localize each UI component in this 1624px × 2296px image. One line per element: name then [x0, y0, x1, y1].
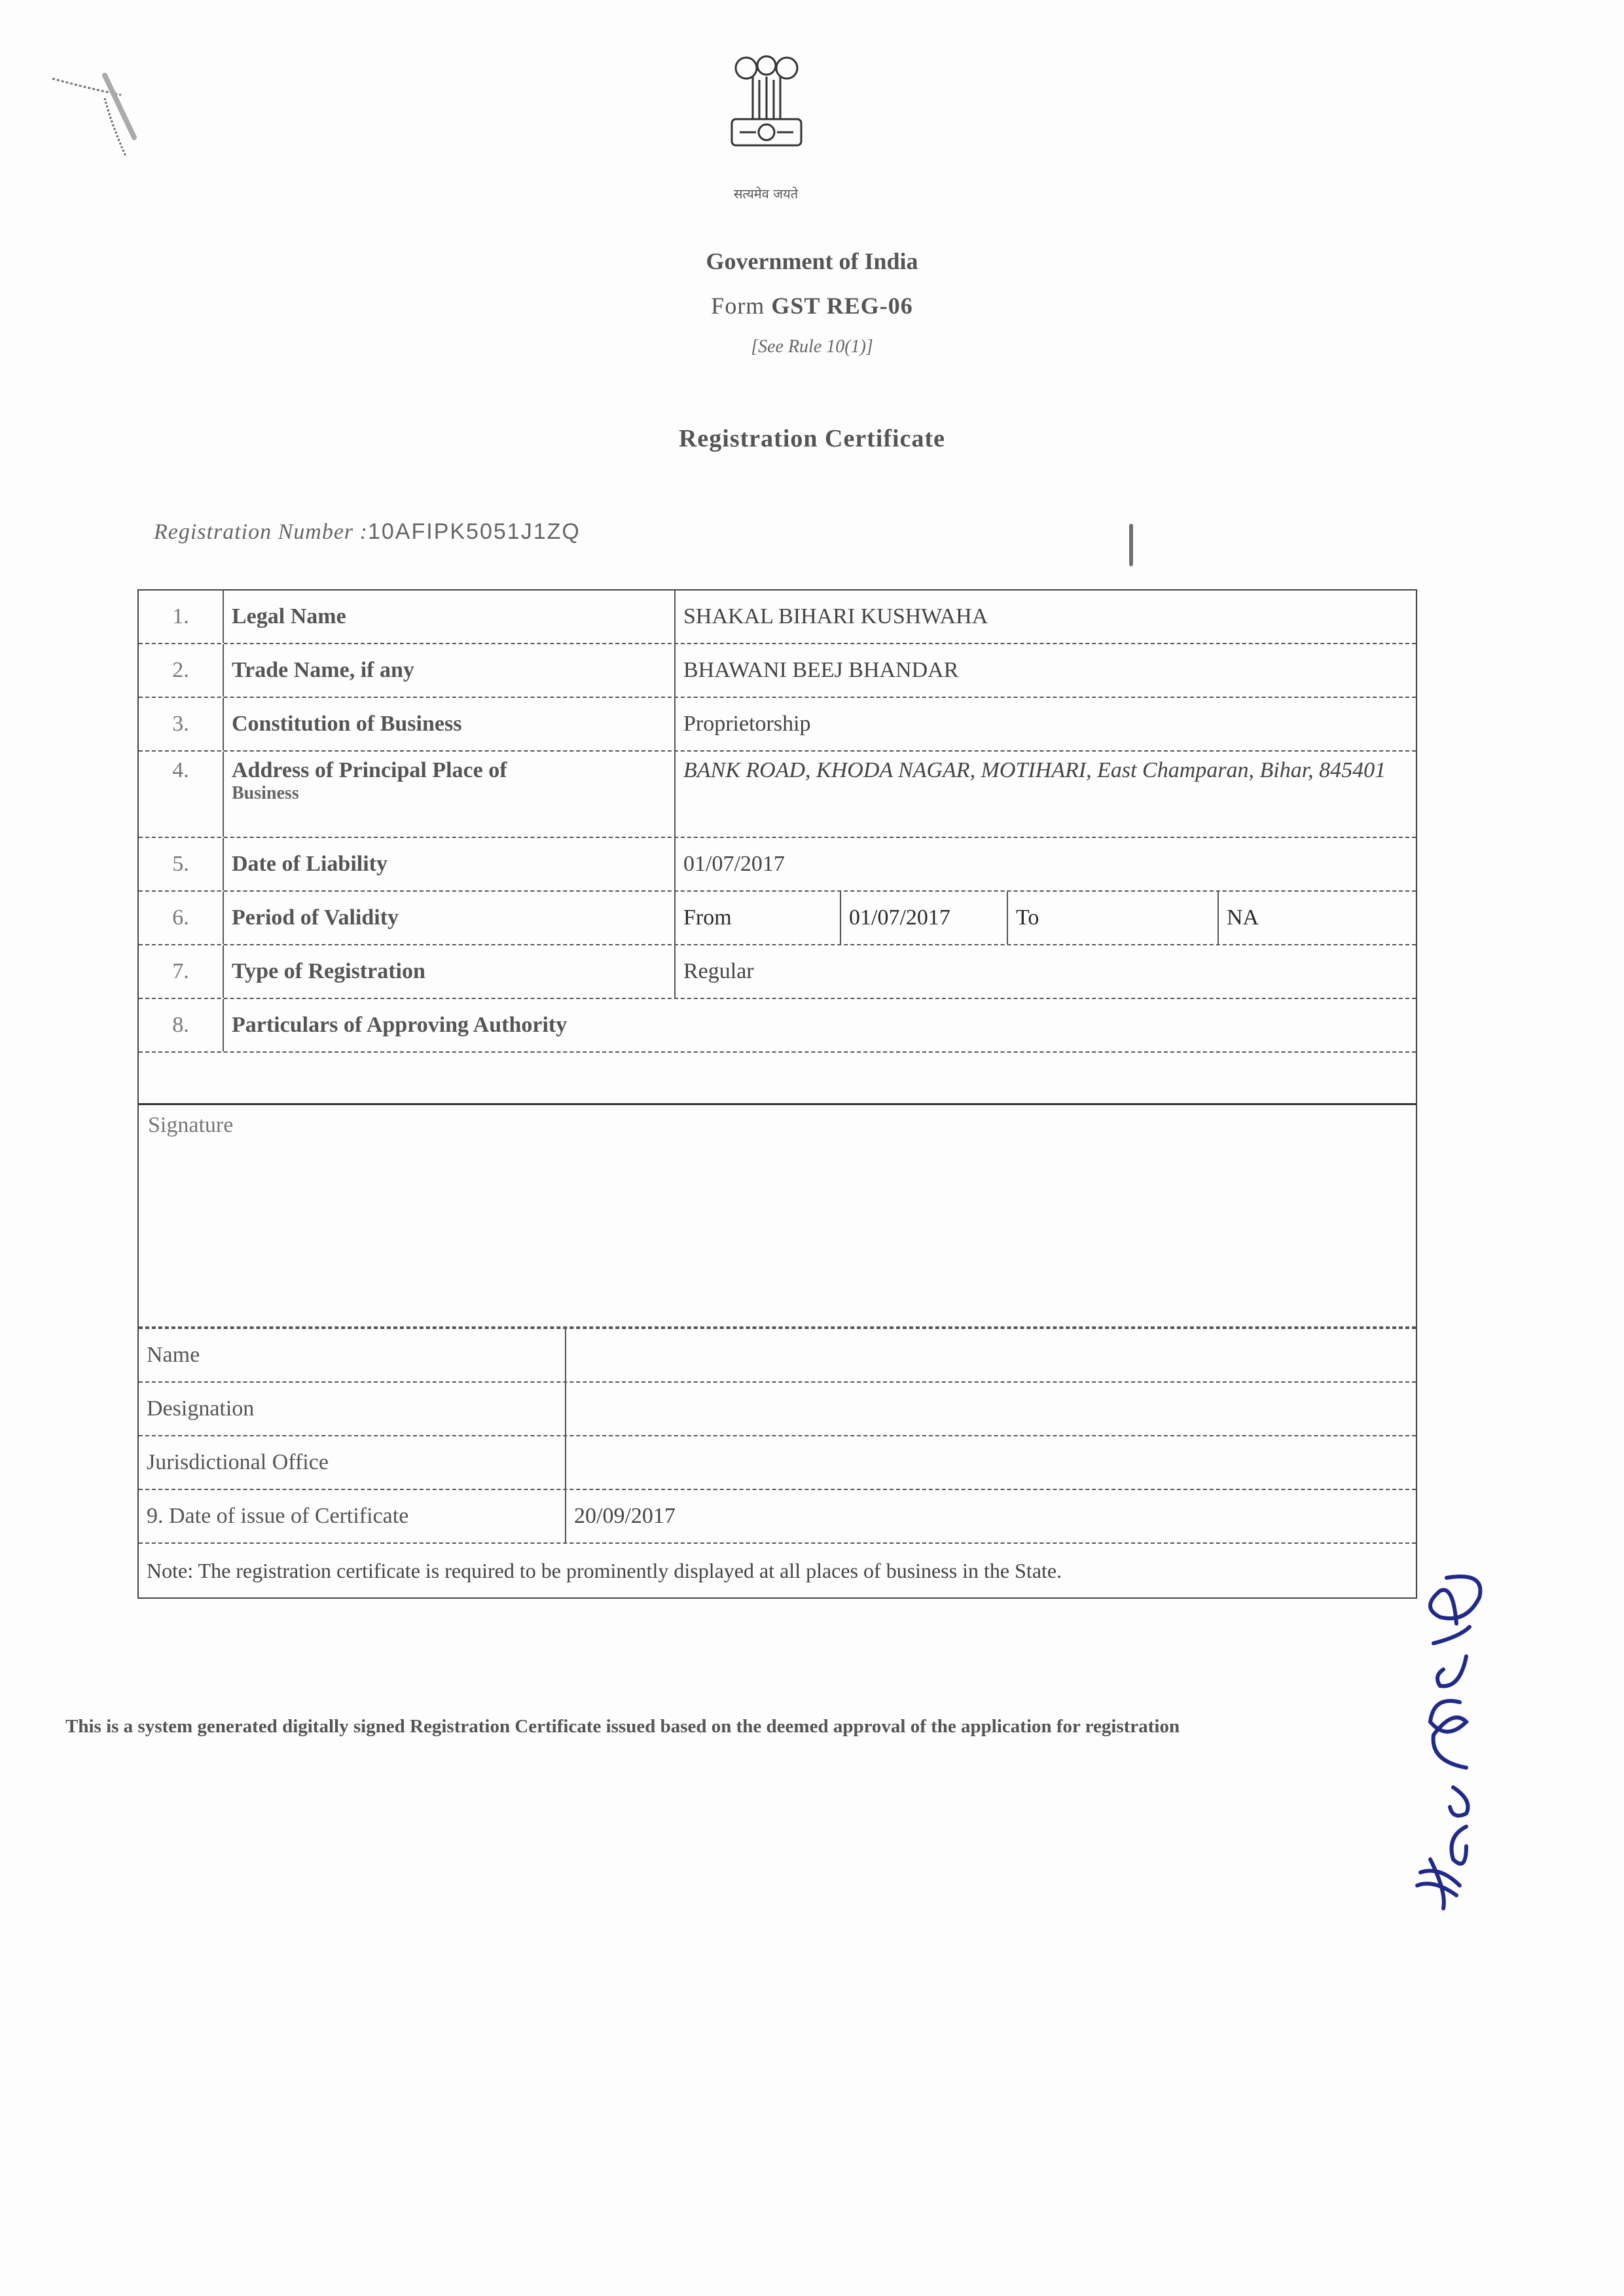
table-row-validity: 6. Period of Validity From 01/07/2017 To…: [139, 892, 1416, 945]
row-label: Trade Name, if any: [224, 644, 676, 697]
validity-from-value: 01/07/2017: [841, 892, 1008, 944]
table-row-date-of-liability: 5. Date of Liability 01/07/2017: [139, 838, 1416, 892]
row-label: Particulars of Approving Authority: [224, 999, 1416, 1051]
validity-from-label: From: [676, 892, 841, 944]
table-row-legal-name: 1. Legal Name SHAKAL BIHARI KUSHWAHA: [139, 591, 1416, 644]
trade-name-value: BHAWANI BEEJ BHANDAR: [676, 644, 1416, 697]
form-heading: Form GST REG-06: [0, 292, 1624, 319]
corner-pen-mark: [49, 52, 141, 157]
blank-row: [139, 1053, 1416, 1105]
row-number: 6.: [139, 892, 224, 944]
registration-number-value: 10AFIPK5051J1ZQ: [368, 519, 581, 544]
government-heading: Government of India: [0, 247, 1624, 275]
note-text: Note: The registration certificate is re…: [139, 1544, 1070, 1597]
registration-number-label: Registration Number :: [154, 520, 368, 544]
certificate-title: Registration Certificate: [0, 424, 1624, 453]
row-number: 2.: [139, 644, 224, 697]
validity-cells: From 01/07/2017 To NA: [676, 892, 1416, 944]
signature-label: Signature: [139, 1105, 242, 1146]
authority-label: 9. Date of issue of Certificate: [139, 1490, 566, 1542]
table-row-type-of-registration: 7. Type of Registration Regular: [139, 945, 1416, 999]
emblem-motto: सत्यमेव जयते: [720, 185, 812, 202]
authority-row-name: Name: [139, 1329, 1416, 1383]
stray-ink-mark: [1129, 524, 1133, 566]
address-value: BANK ROAD, KHODA NAGAR, MOTIHARI, East C…: [676, 752, 1416, 837]
authority-row-jurisdiction: Jurisdictional Office: [139, 1436, 1416, 1490]
footer-text: This is a system generated digitally sig…: [65, 1710, 1375, 1743]
authority-row-issue-date: 9. Date of issue of Certificate 20/09/20…: [139, 1490, 1416, 1544]
certificate-table: 1. Legal Name SHAKAL BIHARI KUSHWAHA 2. …: [137, 589, 1417, 1599]
row-label: Period of Validity: [224, 892, 676, 944]
address-label-line1: Address of Principal Place of: [232, 758, 507, 782]
row-number: 4.: [139, 752, 224, 837]
row-number: 3.: [139, 698, 224, 750]
table-row-approving-authority: 8. Particulars of Approving Authority: [139, 999, 1416, 1053]
form-prefix: Form: [711, 293, 765, 319]
authority-row-designation: Designation: [139, 1383, 1416, 1436]
row-number: 1.: [139, 591, 224, 643]
validity-to-value: NA: [1219, 892, 1416, 944]
authority-label: Jurisdictional Office: [139, 1436, 566, 1489]
registration-number: Registration Number :10AFIPK5051J1ZQ: [154, 519, 581, 545]
table-row-address: 4. Address of Principal Place of Busines…: [139, 752, 1416, 838]
form-name: GST REG-06: [771, 293, 912, 319]
rule-reference: [See Rule 10(1)]: [0, 337, 1624, 357]
authority-designation-value: [566, 1383, 1416, 1435]
authority-label: Name: [139, 1329, 566, 1381]
authority-section: Name Designation Jurisdictional Office 9…: [139, 1328, 1416, 1597]
validity-to-label: To: [1008, 892, 1219, 944]
table-row-constitution: 3. Constitution of Business Proprietorsh…: [139, 698, 1416, 752]
row-number: 8.: [139, 999, 224, 1051]
authority-jurisdiction-value: [566, 1436, 1416, 1489]
row-label: Date of Liability: [224, 838, 676, 890]
authority-label: Designation: [139, 1383, 566, 1435]
table-row-trade-name: 2. Trade Name, if any BHAWANI BEEJ BHAND…: [139, 644, 1416, 698]
row-label: Address of Principal Place of Business: [224, 752, 676, 837]
row-label: Constitution of Business: [224, 698, 676, 750]
type-of-registration-value: Regular: [676, 945, 1416, 998]
note-row: Note: The registration certificate is re…: [139, 1544, 1416, 1597]
row-number: 7.: [139, 945, 224, 998]
row-label: Type of Registration: [224, 945, 676, 998]
row-number: 5.: [139, 838, 224, 890]
state-emblem-icon: [727, 41, 806, 152]
authority-name-value: [566, 1329, 1416, 1381]
legal-name-value: SHAKAL BIHARI KUSHWAHA: [676, 591, 1416, 643]
handwritten-signature: [1394, 1545, 1492, 1912]
row-label: Legal Name: [224, 591, 676, 643]
signature-area: Signature: [139, 1105, 1416, 1328]
date-of-liability-value: 01/07/2017: [676, 838, 1416, 890]
constitution-value: Proprietorship: [676, 698, 1416, 750]
issue-date-value: 20/09/2017: [566, 1490, 1416, 1542]
address-label-line2: Business: [232, 783, 666, 804]
